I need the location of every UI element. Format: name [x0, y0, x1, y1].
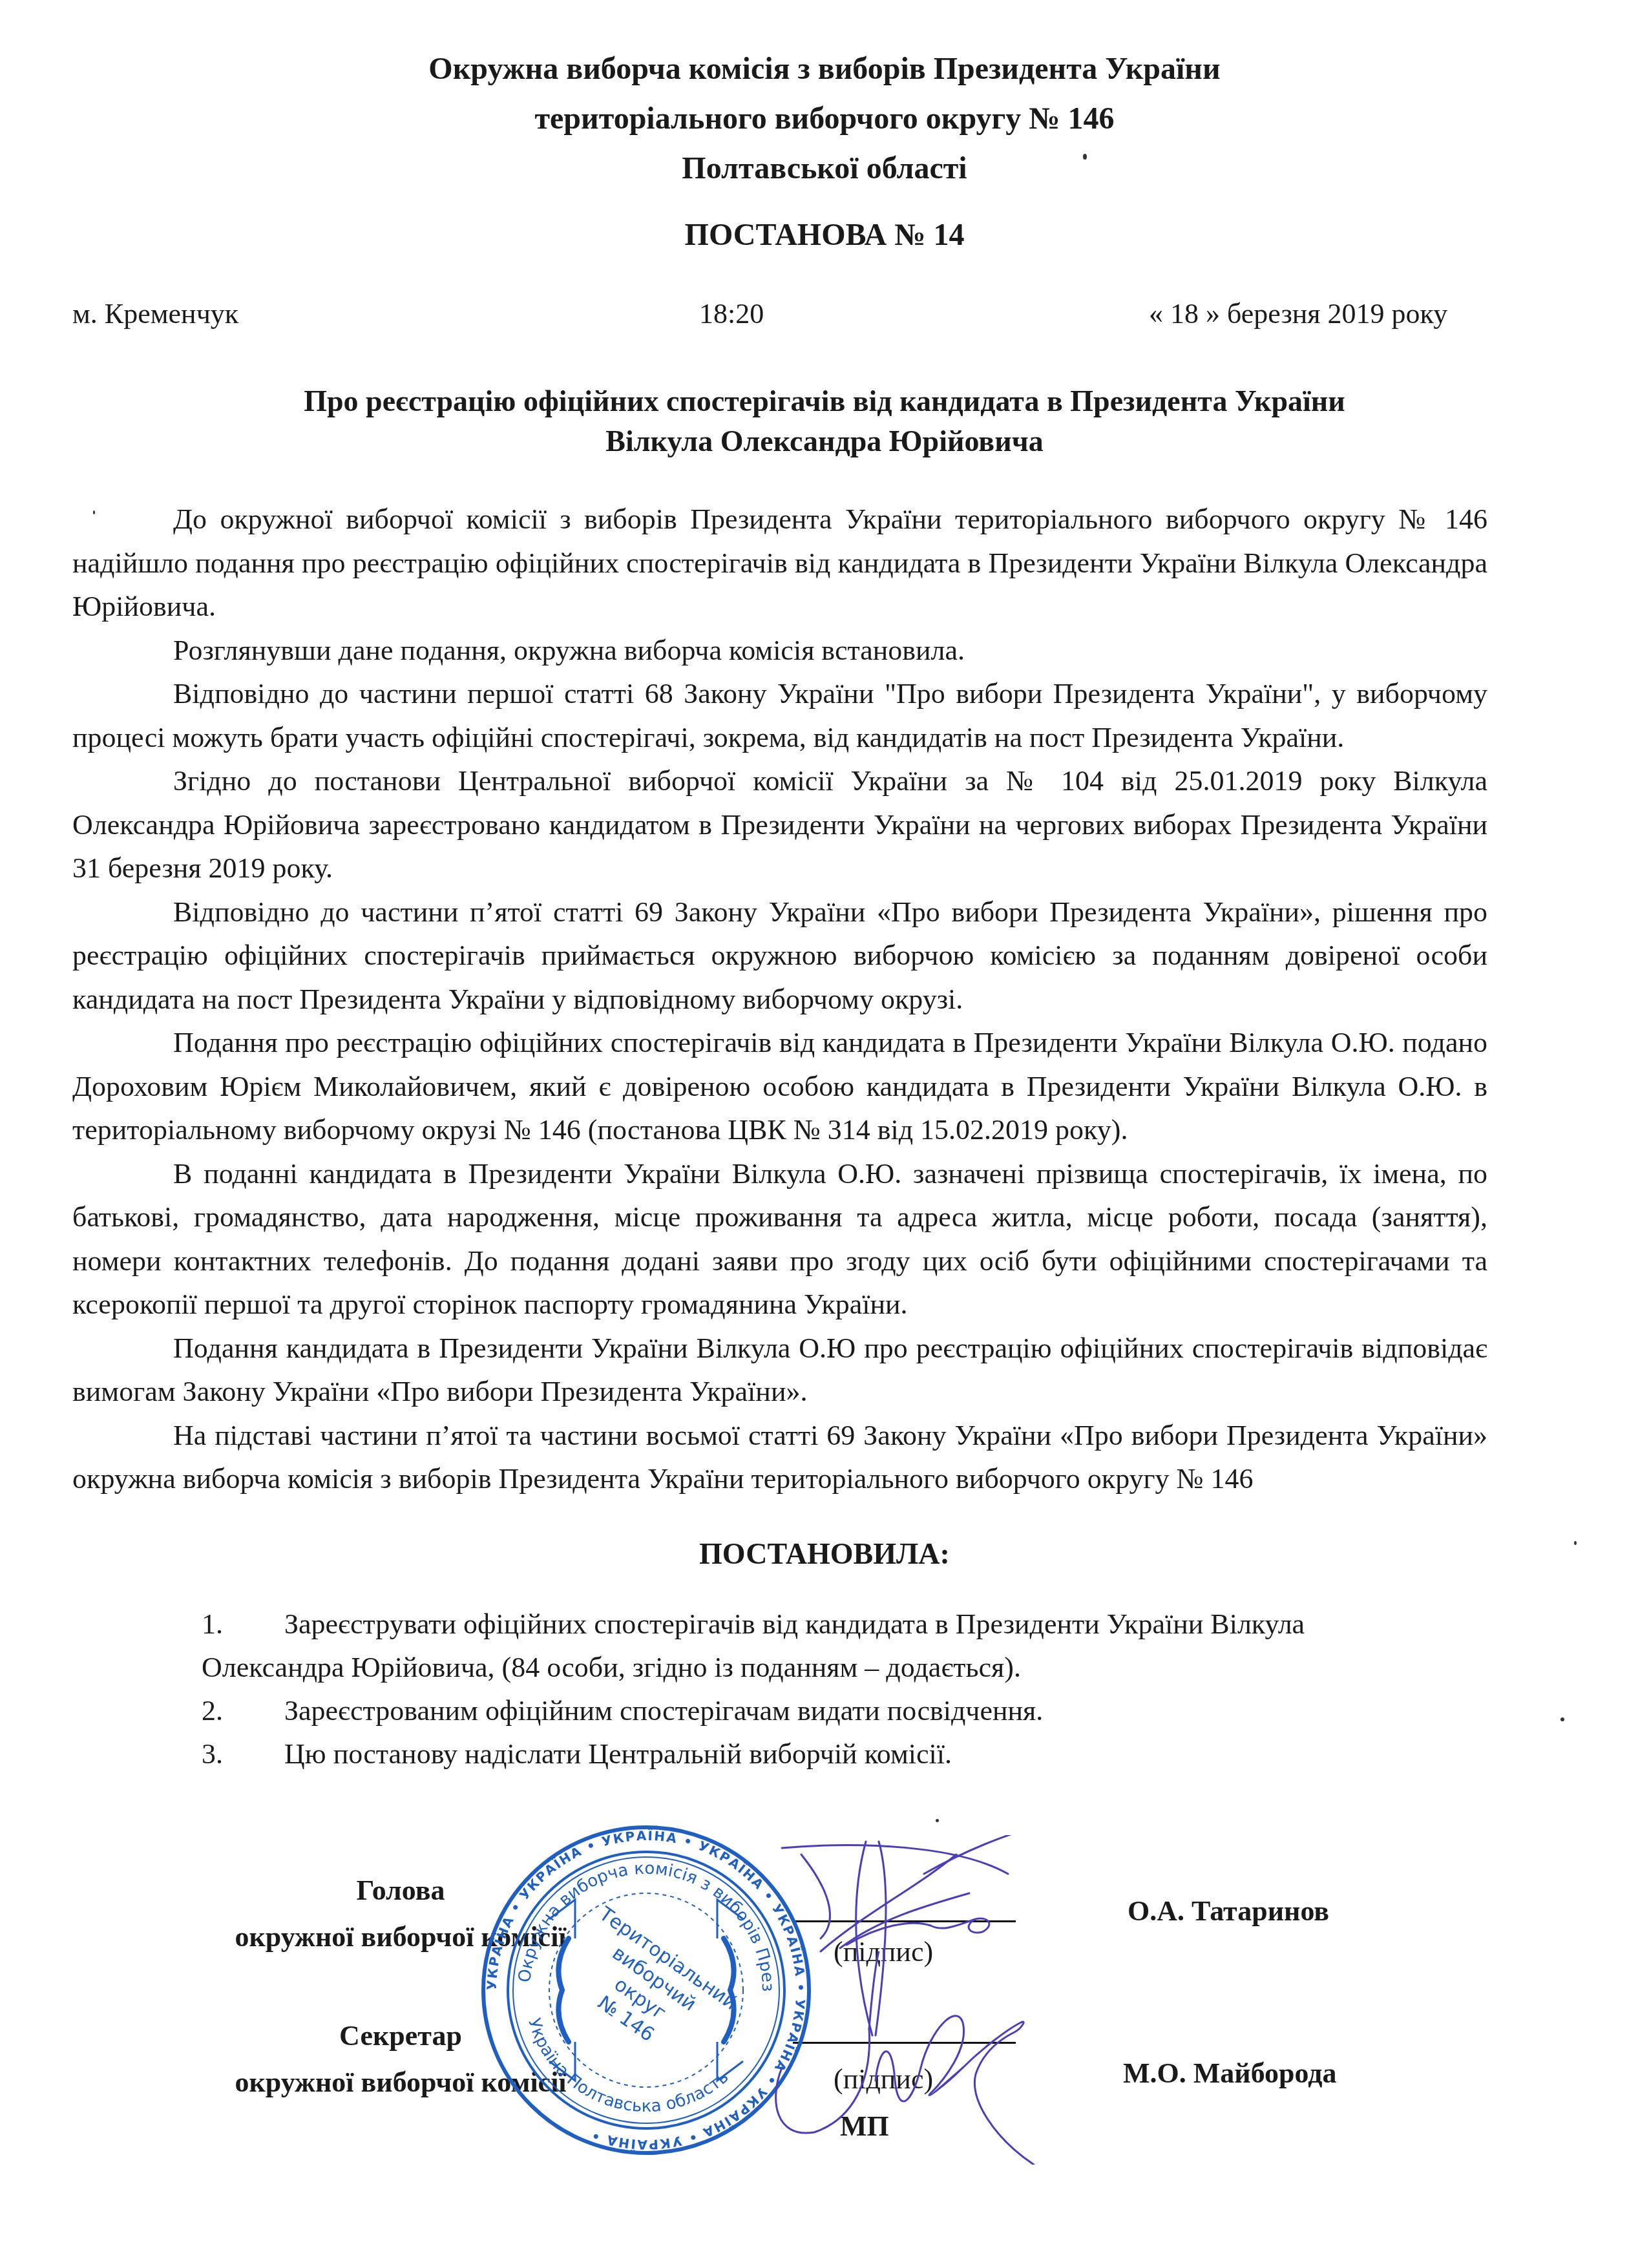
resolution-item-continuation: Олександра Юрійовича, (84 особи, згідно … [0, 1646, 1500, 1689]
body-paragraph: Розглянувши дане подання, окружна виборч… [72, 629, 1487, 673]
body-paragraph: До окружної виборчої комісії з виборів П… [72, 498, 1487, 629]
resolution-item-number: 1. [202, 1602, 284, 1646]
resolution-item-text: Цю постанову надіслати Центральній вибор… [284, 1738, 952, 1770]
document-page: Окружна виборча комісія з виборів Презид… [0, 0, 1649, 2268]
secretary-name: М.О. Майборода [1123, 2057, 1337, 2090]
body-paragraph: На підставі частини п’ятої та частини во… [72, 1414, 1487, 1501]
document-title: ПОСТАНОВА № 14 [0, 217, 1649, 253]
body-paragraph: Відповідно до частини першої статті 68 З… [72, 672, 1487, 759]
resolution-item: 1.Зареєструвати офіційних спостерігачів … [202, 1602, 1500, 1646]
document-time: 18:20 [699, 297, 764, 330]
header-line-2: територіального виборчого округу № 146 [0, 100, 1649, 138]
body-paragraph: Подання про реєстрацію офіційних спостер… [72, 1021, 1487, 1152]
resolution-heading: ПОСТАНОВИЛА: [0, 1537, 1649, 1571]
resolution-item-number: 2. [202, 1689, 284, 1732]
document-date: « 18 » березня 2019 року [1149, 297, 1447, 330]
resolution-item-text: Зареєстрованим офіційним спостерігачам в… [284, 1695, 1043, 1727]
body-paragraph: Відповідно до частини п’ятої статті 69 З… [72, 890, 1487, 1022]
resolution-item-number: 3. [202, 1732, 284, 1776]
document-city: м. Кременчук [72, 297, 238, 330]
resolution-list: 1.Зареєструвати офіційних спостерігачів … [202, 1602, 1500, 1776]
resolution-item: 2.Зареєстрованим офіційним спостерігачам… [202, 1689, 1500, 1732]
resolution-item: 3.Цю постанову надіслати Центральній виб… [202, 1732, 1500, 1776]
body-paragraph: В поданні кандидата в Президенти України… [72, 1152, 1487, 1327]
resolution-item-text-continued: Олександра Юрійовича, (84 особи, згідно … [202, 1652, 1021, 1683]
body-paragraph: Подання кандидата в Президенти України В… [72, 1327, 1487, 1414]
document-subject-line-1: Про реєстрацію офіційних спостерігачів в… [0, 381, 1649, 421]
document-body: До окружної виборчої комісії з виборів П… [72, 498, 1487, 1501]
body-paragraph: Згідно до постанови Центральної виборчої… [72, 759, 1487, 890]
header-line-3: Полтавської області [0, 150, 1649, 187]
secretary-signature-icon [762, 1951, 1047, 2165]
document-subject-line-2: Вілкула Олександра Юрійовича [0, 421, 1649, 461]
chair-name: О.А. Татаринов [1128, 1895, 1329, 1927]
header-line-1: Окружна виборча комісія з виборів Презид… [0, 50, 1649, 88]
resolution-item-text: Зареєструвати офіційних спостерігачів ві… [284, 1608, 1305, 1640]
